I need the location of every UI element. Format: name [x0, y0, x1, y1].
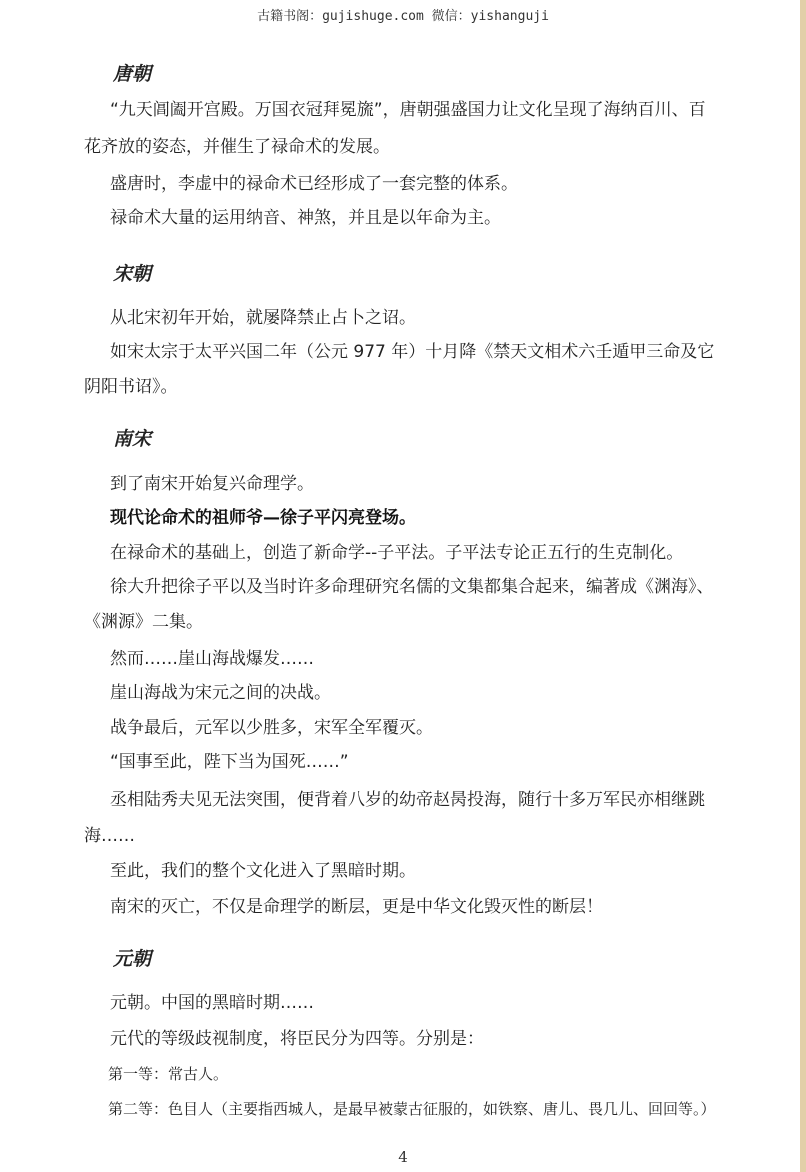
paragraph-line: 阴阳书诏》。: [84, 376, 178, 398]
section-heading-yuan: 元朝: [113, 948, 151, 970]
paragraph-line: 海……: [84, 825, 135, 847]
watermark-header: 古籍书阁：gujishuge.com 微信：yishanguji: [0, 5, 806, 24]
paragraph-line: 至此，我们的整个文化进入了黑暗时期。: [110, 860, 416, 882]
paragraph-line: 南宋的灭亡，不仅是命理学的断层，更是中华文化毁灭性的断层！: [110, 896, 603, 918]
paragraph-line: 如宋太宗于太平兴国二年（公元 977 年）十月降《禁天文相术六壬遁甲三命及它: [110, 341, 714, 363]
page-number: 4: [0, 1148, 806, 1166]
paragraph-line: 花齐放的姿态，并催生了禄命术的发展。: [84, 136, 390, 158]
paragraph-line: 盛唐时，李虚中的禄命术已经形成了一套完整的体系。: [110, 173, 518, 195]
paragraph-line: 从北宋初年开始，就屡降禁止占卜之诏。: [110, 307, 416, 329]
paragraph-line: “国事至此，陛下当为国死……”: [110, 751, 349, 773]
paragraph-line-bold: 现代论命术的祖师爷—徐子平闪亮登场。: [110, 507, 416, 529]
paragraph-line: 到了南宋开始复兴命理学。: [110, 473, 314, 495]
paragraph-line: 元代的等级歧视制度，将臣民分为四等。分别是：: [110, 1028, 484, 1050]
page-edge: [800, 0, 806, 1172]
paragraph-line: 然而……崖山海战爆发……: [110, 648, 314, 670]
paragraph-line: 丞相陆秀夫见无法突围，便背着八岁的幼帝赵昺投海，随行十多万军民亦相继跳: [110, 789, 705, 811]
paragraph-line: “九天阊阖开宫殿。万国衣冠拜冕旒”，唐朝强盛国力让文化呈现了海纳百川、百: [110, 99, 706, 121]
paragraph-line: 徐大升把徐子平以及当时许多命理研究名儒的文集都集合起来，编著成《渊海》、: [110, 576, 714, 598]
paragraph-line: 战争最后，元军以少胜多，宋军全军覆灭。: [110, 717, 433, 739]
section-heading-southern-song: 南宋: [113, 428, 151, 450]
paragraph-line: 崖山海战为宋元之间的决战。: [110, 682, 331, 704]
section-heading-song: 宋朝: [113, 263, 151, 285]
paragraph-line: 在禄命术的基础上，创造了新命学--子平法。子平法专论正五行的生克制化。: [110, 542, 683, 564]
paragraph-line: 禄命术大量的运用纳音、神煞，并且是以年命为主。: [110, 207, 501, 229]
paragraph-line: 元朝。中国的黑暗时期……: [110, 992, 314, 1014]
paragraph-line: 第二等：色目人（主要指西城人，是最早被蒙古征服的，如铁察、唐儿、畏几儿、回回等。…: [108, 1098, 716, 1120]
paragraph-line: 《渊源》二集。: [84, 611, 203, 633]
section-heading-tang: 唐朝: [113, 63, 151, 85]
paragraph-line: 第一等：常古人。: [108, 1063, 228, 1085]
